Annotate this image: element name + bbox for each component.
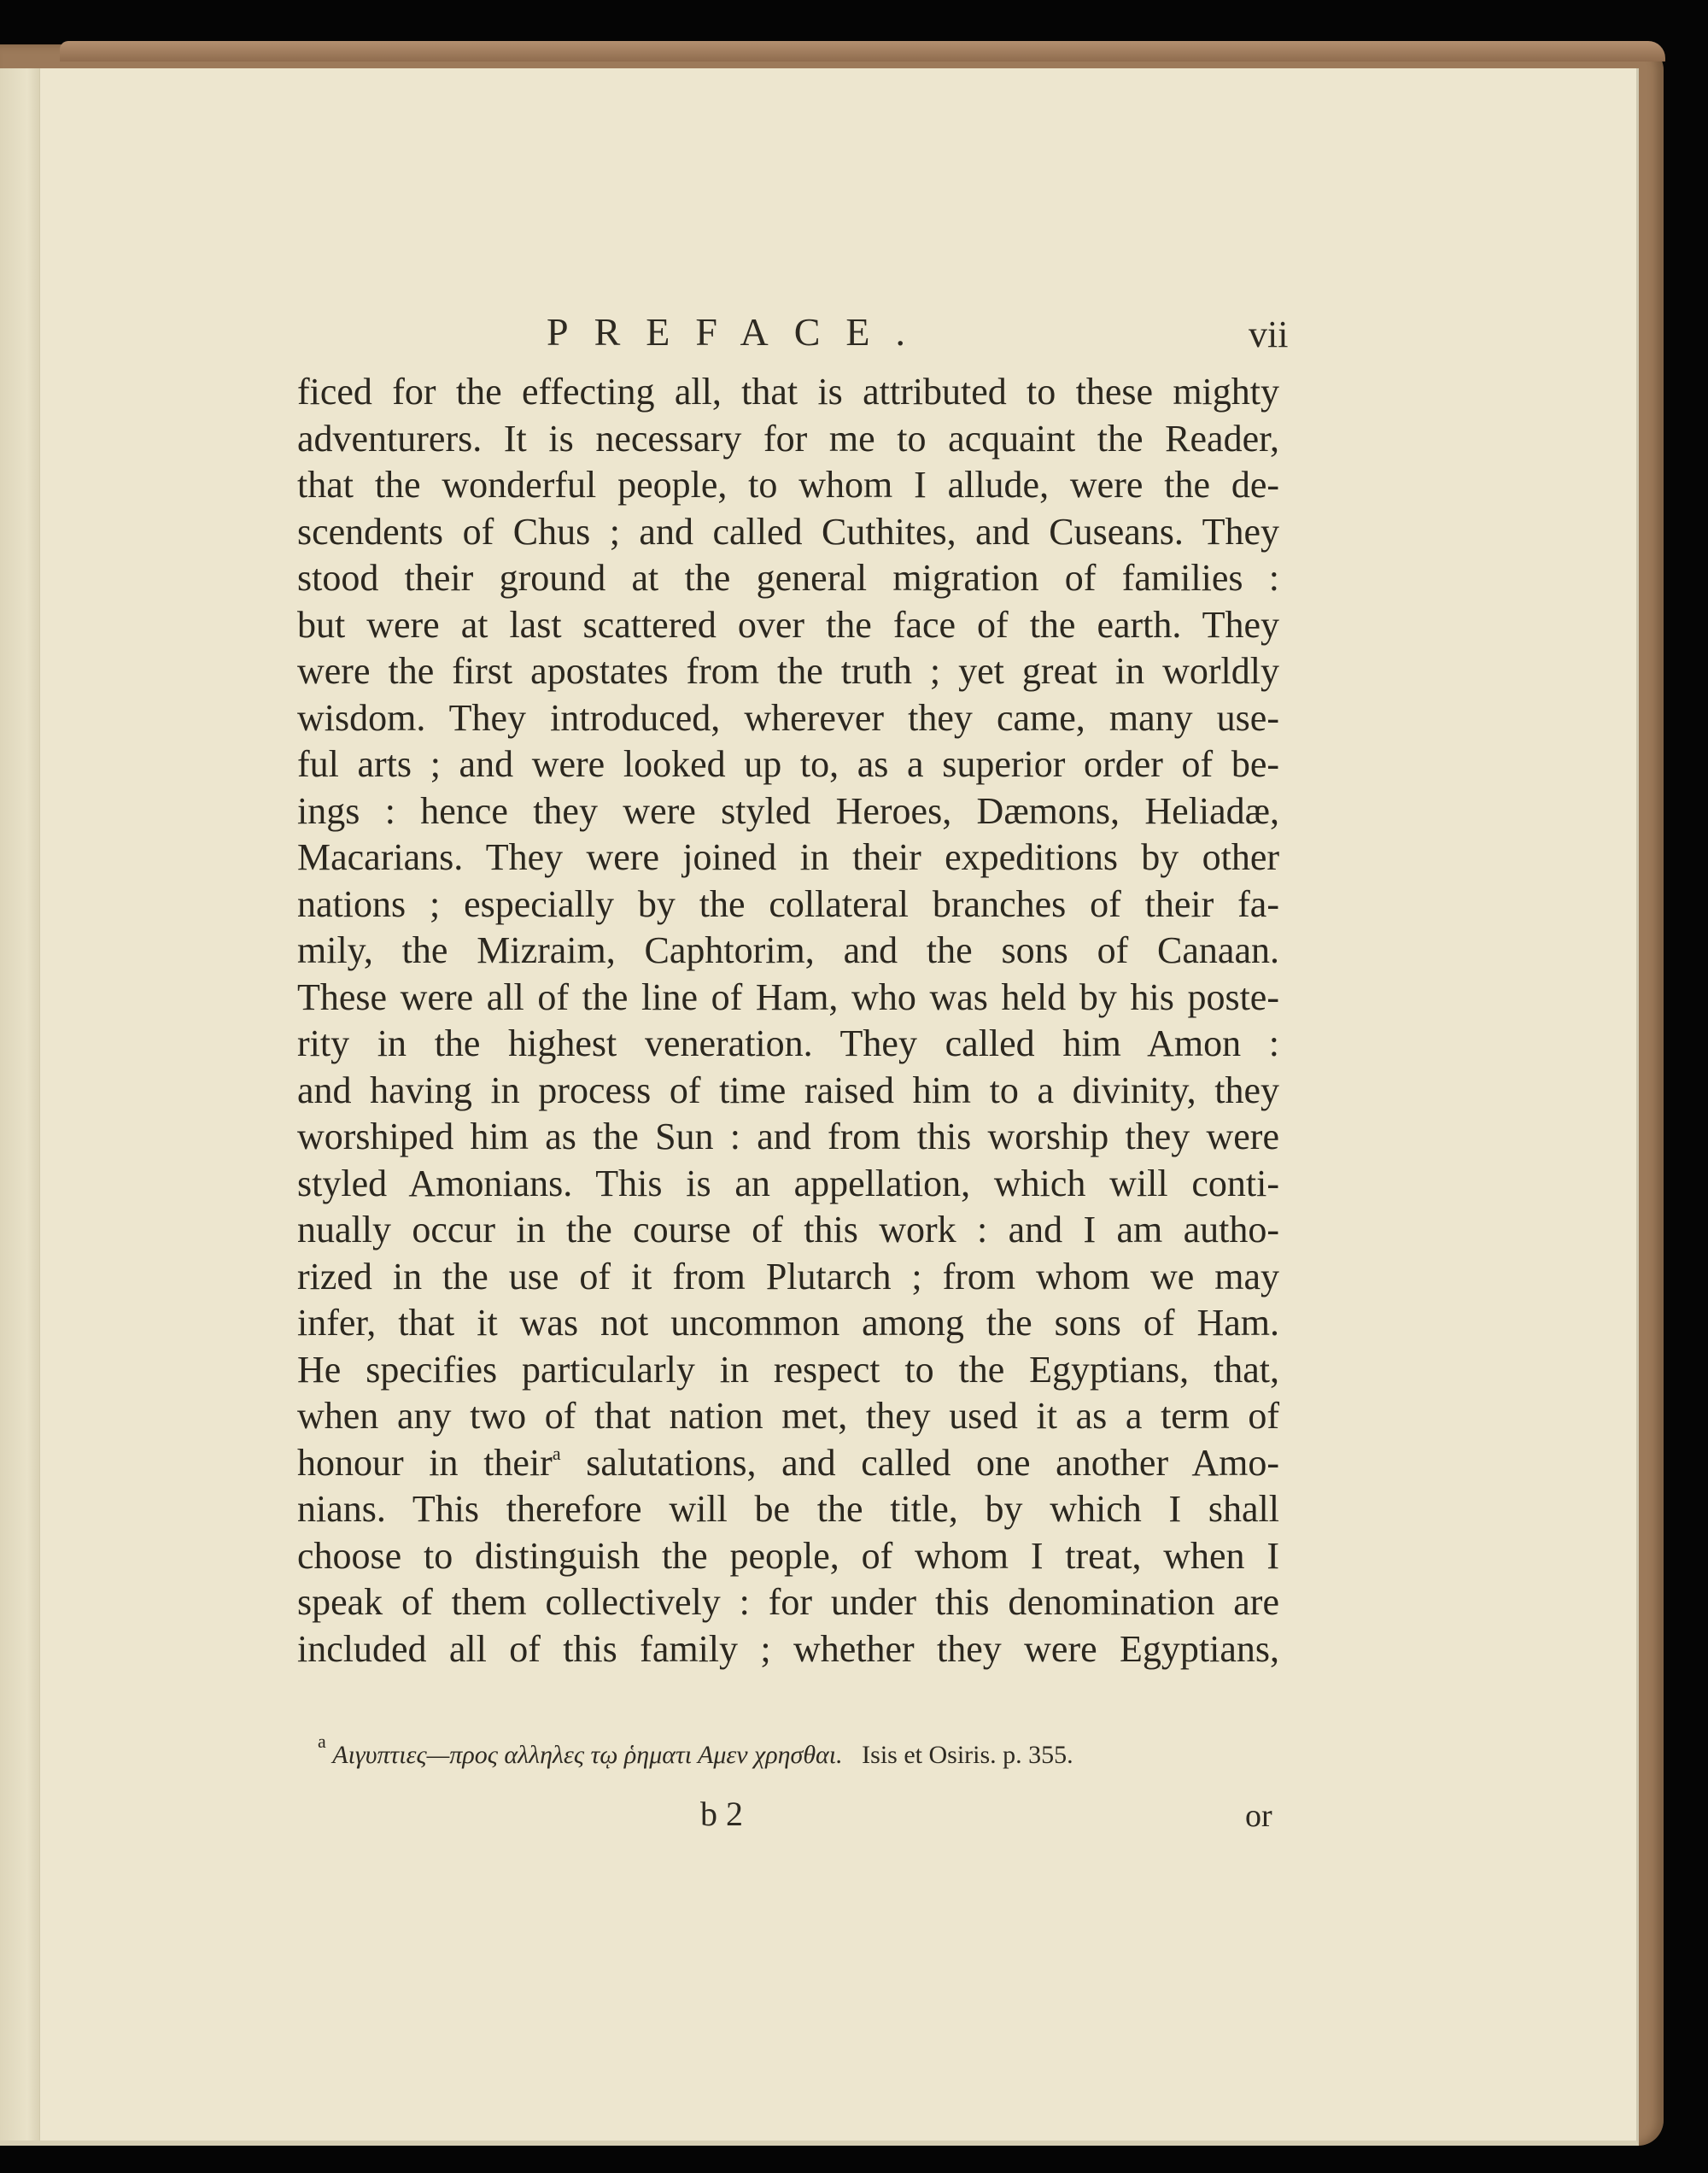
text-line: and having in process of time raised him… (297, 1068, 1279, 1115)
text-line: scendents of Chus ; and called Cuthites,… (297, 509, 1279, 556)
text-line: ficed for the effecting all, that is att… (297, 369, 1279, 416)
signature-mark: b 2 (700, 1794, 743, 1834)
text-line: He specifies particularly in respect to … (297, 1347, 1279, 1394)
text-line: worshiped him as the Sun : and from this… (297, 1114, 1279, 1161)
text-line: included all of this family ; whether th… (297, 1626, 1279, 1673)
text-line: speak of them collectively : for under t… (297, 1579, 1279, 1626)
text-line: These were all of the line of Ham, who w… (297, 975, 1279, 1022)
footnote-citation: Isis et Osiris. p. 355. (862, 1741, 1073, 1769)
text-line: but were at last scattered over the face… (297, 602, 1279, 649)
text-segment: honour in their (297, 1442, 553, 1484)
body-text: ficed for the effecting all, that is att… (297, 369, 1279, 1672)
text-line: nations ; especially by the collateral b… (297, 881, 1279, 928)
text-line: infer, that it was not uncommon among th… (297, 1300, 1279, 1347)
page-header: PREFACE. vii (0, 309, 1708, 360)
text-line: that the wonderful people, to whom I all… (297, 462, 1279, 509)
text-line: choose to distinguish the people, of who… (297, 1533, 1279, 1580)
text-segment: salutations, and called one another Amo- (561, 1442, 1279, 1484)
text-line: stood their ground at the general migrat… (297, 555, 1279, 602)
text-line: nually occur in the course of this work … (297, 1207, 1279, 1254)
page-gutter (0, 68, 40, 2141)
catchword: or (1245, 1797, 1272, 1835)
footnote-reference[interactable]: a (553, 1443, 561, 1464)
text-line: ings : hence they were styled Heroes, Dæ… (297, 788, 1279, 835)
footnote: a Αιγυπτιες—προς αλληλες τῳ ῥηματι Αμεν … (318, 1741, 1274, 1770)
text-line-with-footnote-ref: honour in theira salutations, and called… (297, 1440, 1279, 1487)
footnote-greek-quote: Αιγυπτιες—προς αλληλες τῳ ῥηματι Αμεν χρ… (332, 1741, 842, 1769)
text-line: mily, the Mizraim, Caphtorim, and the so… (297, 928, 1279, 975)
text-line: nians. This therefore will be the title,… (297, 1486, 1279, 1533)
footnote-marker: a (318, 1731, 326, 1752)
page-number: vii (1249, 313, 1288, 356)
running-head: PREFACE. (547, 309, 931, 354)
text-line: rized in the use of it from Plutarch ; f… (297, 1254, 1279, 1301)
text-line: adventurers. It is necessary for me to a… (297, 416, 1279, 463)
text-line: were the first apostates from the truth … (297, 648, 1279, 695)
text-line: when any two of that nation met, they us… (297, 1393, 1279, 1440)
book-cover-top-edge (60, 41, 1665, 61)
text-line: styled Amonians. This is an appellation,… (297, 1161, 1279, 1208)
text-line: wisdom. They introduced, wherever they c… (297, 695, 1279, 742)
text-line: Macarians. They were joined in their exp… (297, 835, 1279, 881)
text-line: rity in the highest veneration. They cal… (297, 1021, 1279, 1068)
text-line: ful arts ; and were looked up to, as a s… (297, 741, 1279, 788)
